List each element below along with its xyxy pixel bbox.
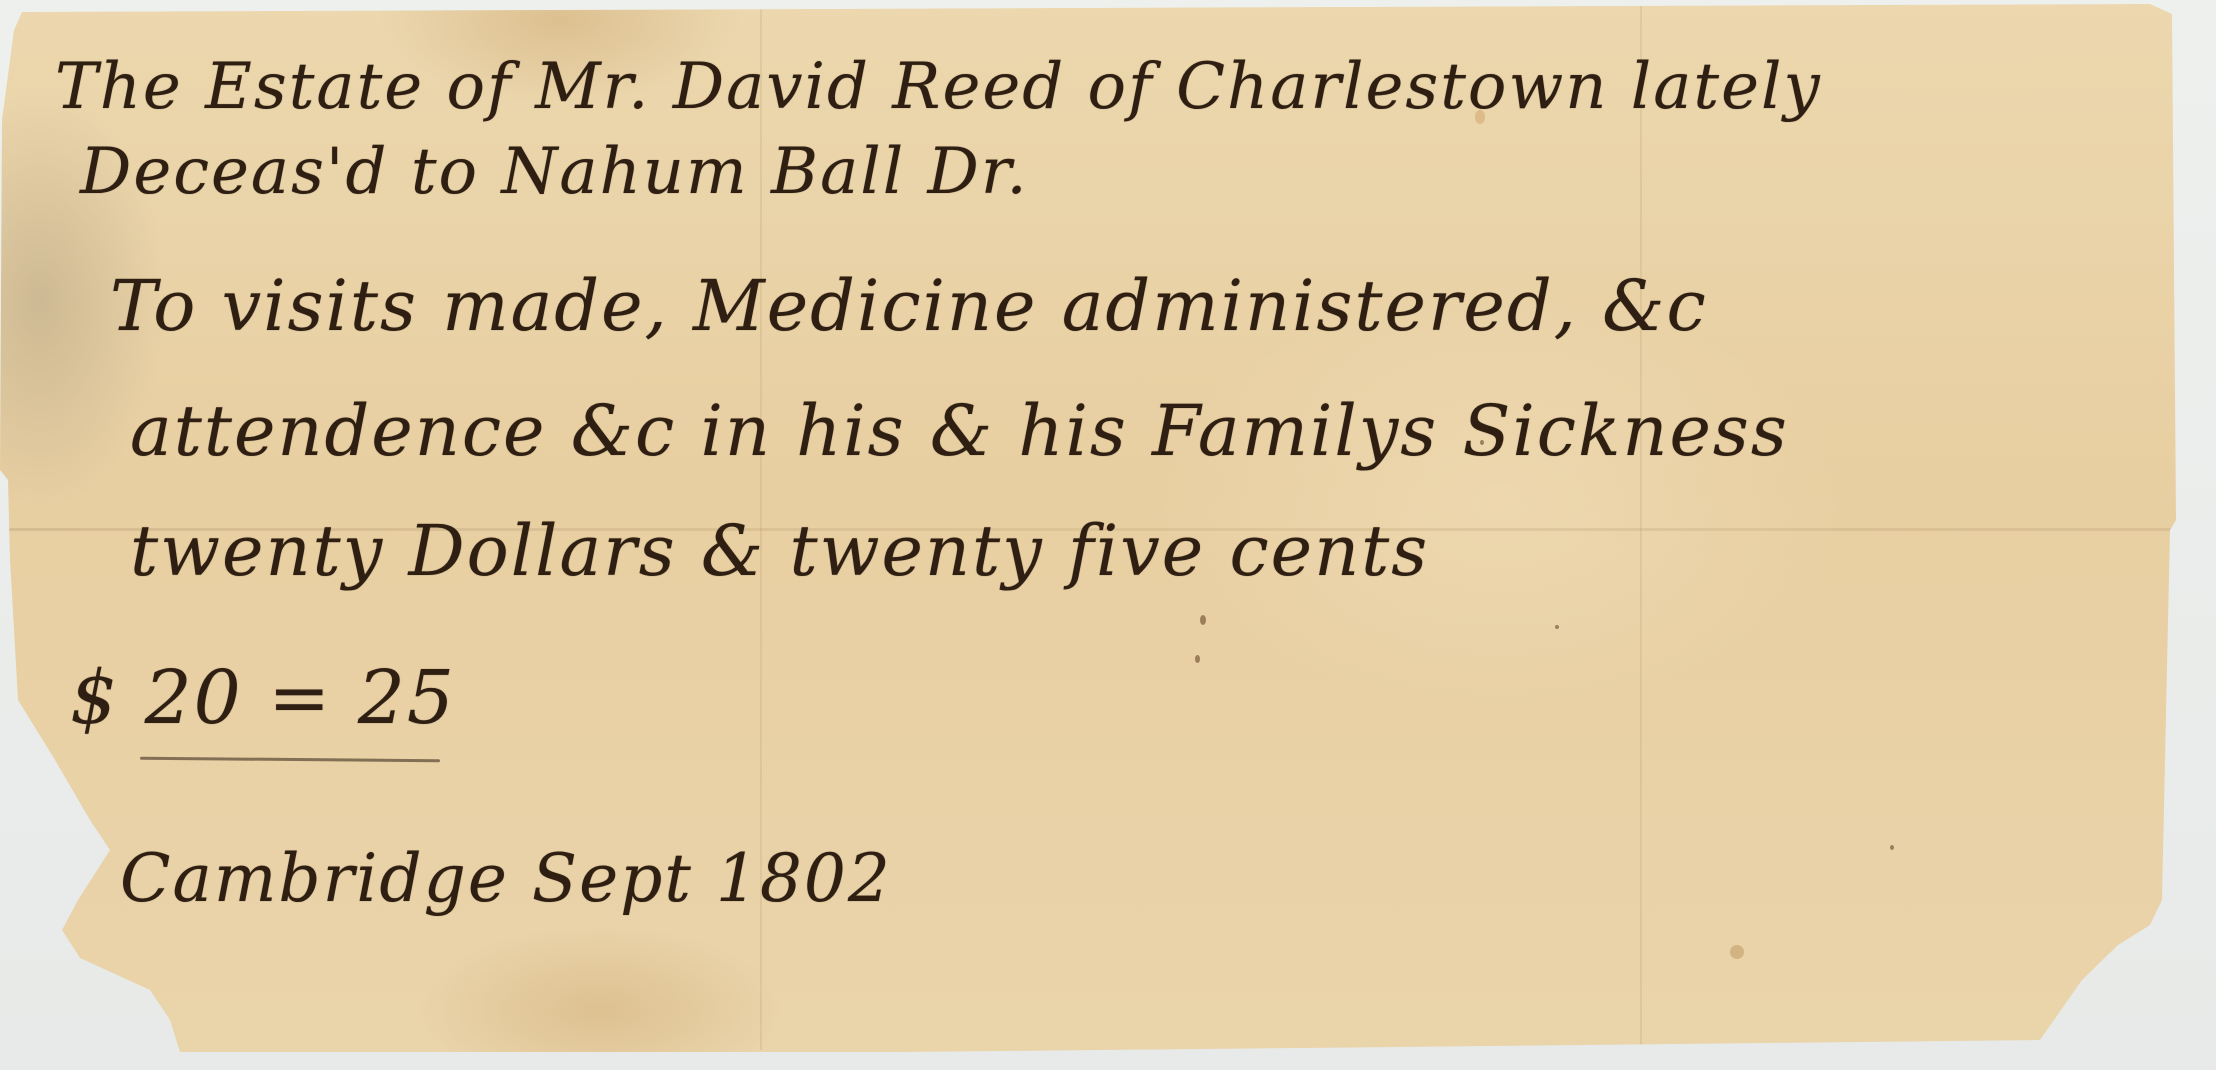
foxing-stain <box>1730 945 1744 959</box>
aged-paper-sheet: The Estate of Mr. David Reed of Charlest… <box>0 0 2216 1070</box>
place-and-date: Cambridge Sept 1802 <box>120 840 892 917</box>
ink-speck <box>1195 655 1200 663</box>
ink-speck <box>1200 615 1206 625</box>
heading-line-estate: The Estate of Mr. David Reed of Charlest… <box>55 50 1822 124</box>
foxing-stain <box>1475 110 1485 124</box>
amount-in-words: twenty Dollars & twenty five cents <box>130 510 1429 592</box>
ink-speck <box>1480 440 1484 445</box>
amount-underline <box>140 757 440 763</box>
amount-figure: $ 20 = 25 <box>70 655 456 741</box>
heading-line-creditor: Deceas'd to Nahum Ball Dr. <box>80 135 1029 209</box>
ink-speck <box>1890 845 1894 850</box>
item-line-attendance: attendence &c in his & his Familys Sickn… <box>130 390 1789 472</box>
vertical-fold-crease <box>1640 0 1642 1050</box>
item-line-visits: To visits made, Medicine administered, &… <box>110 265 1708 347</box>
ink-speck <box>1555 625 1559 629</box>
